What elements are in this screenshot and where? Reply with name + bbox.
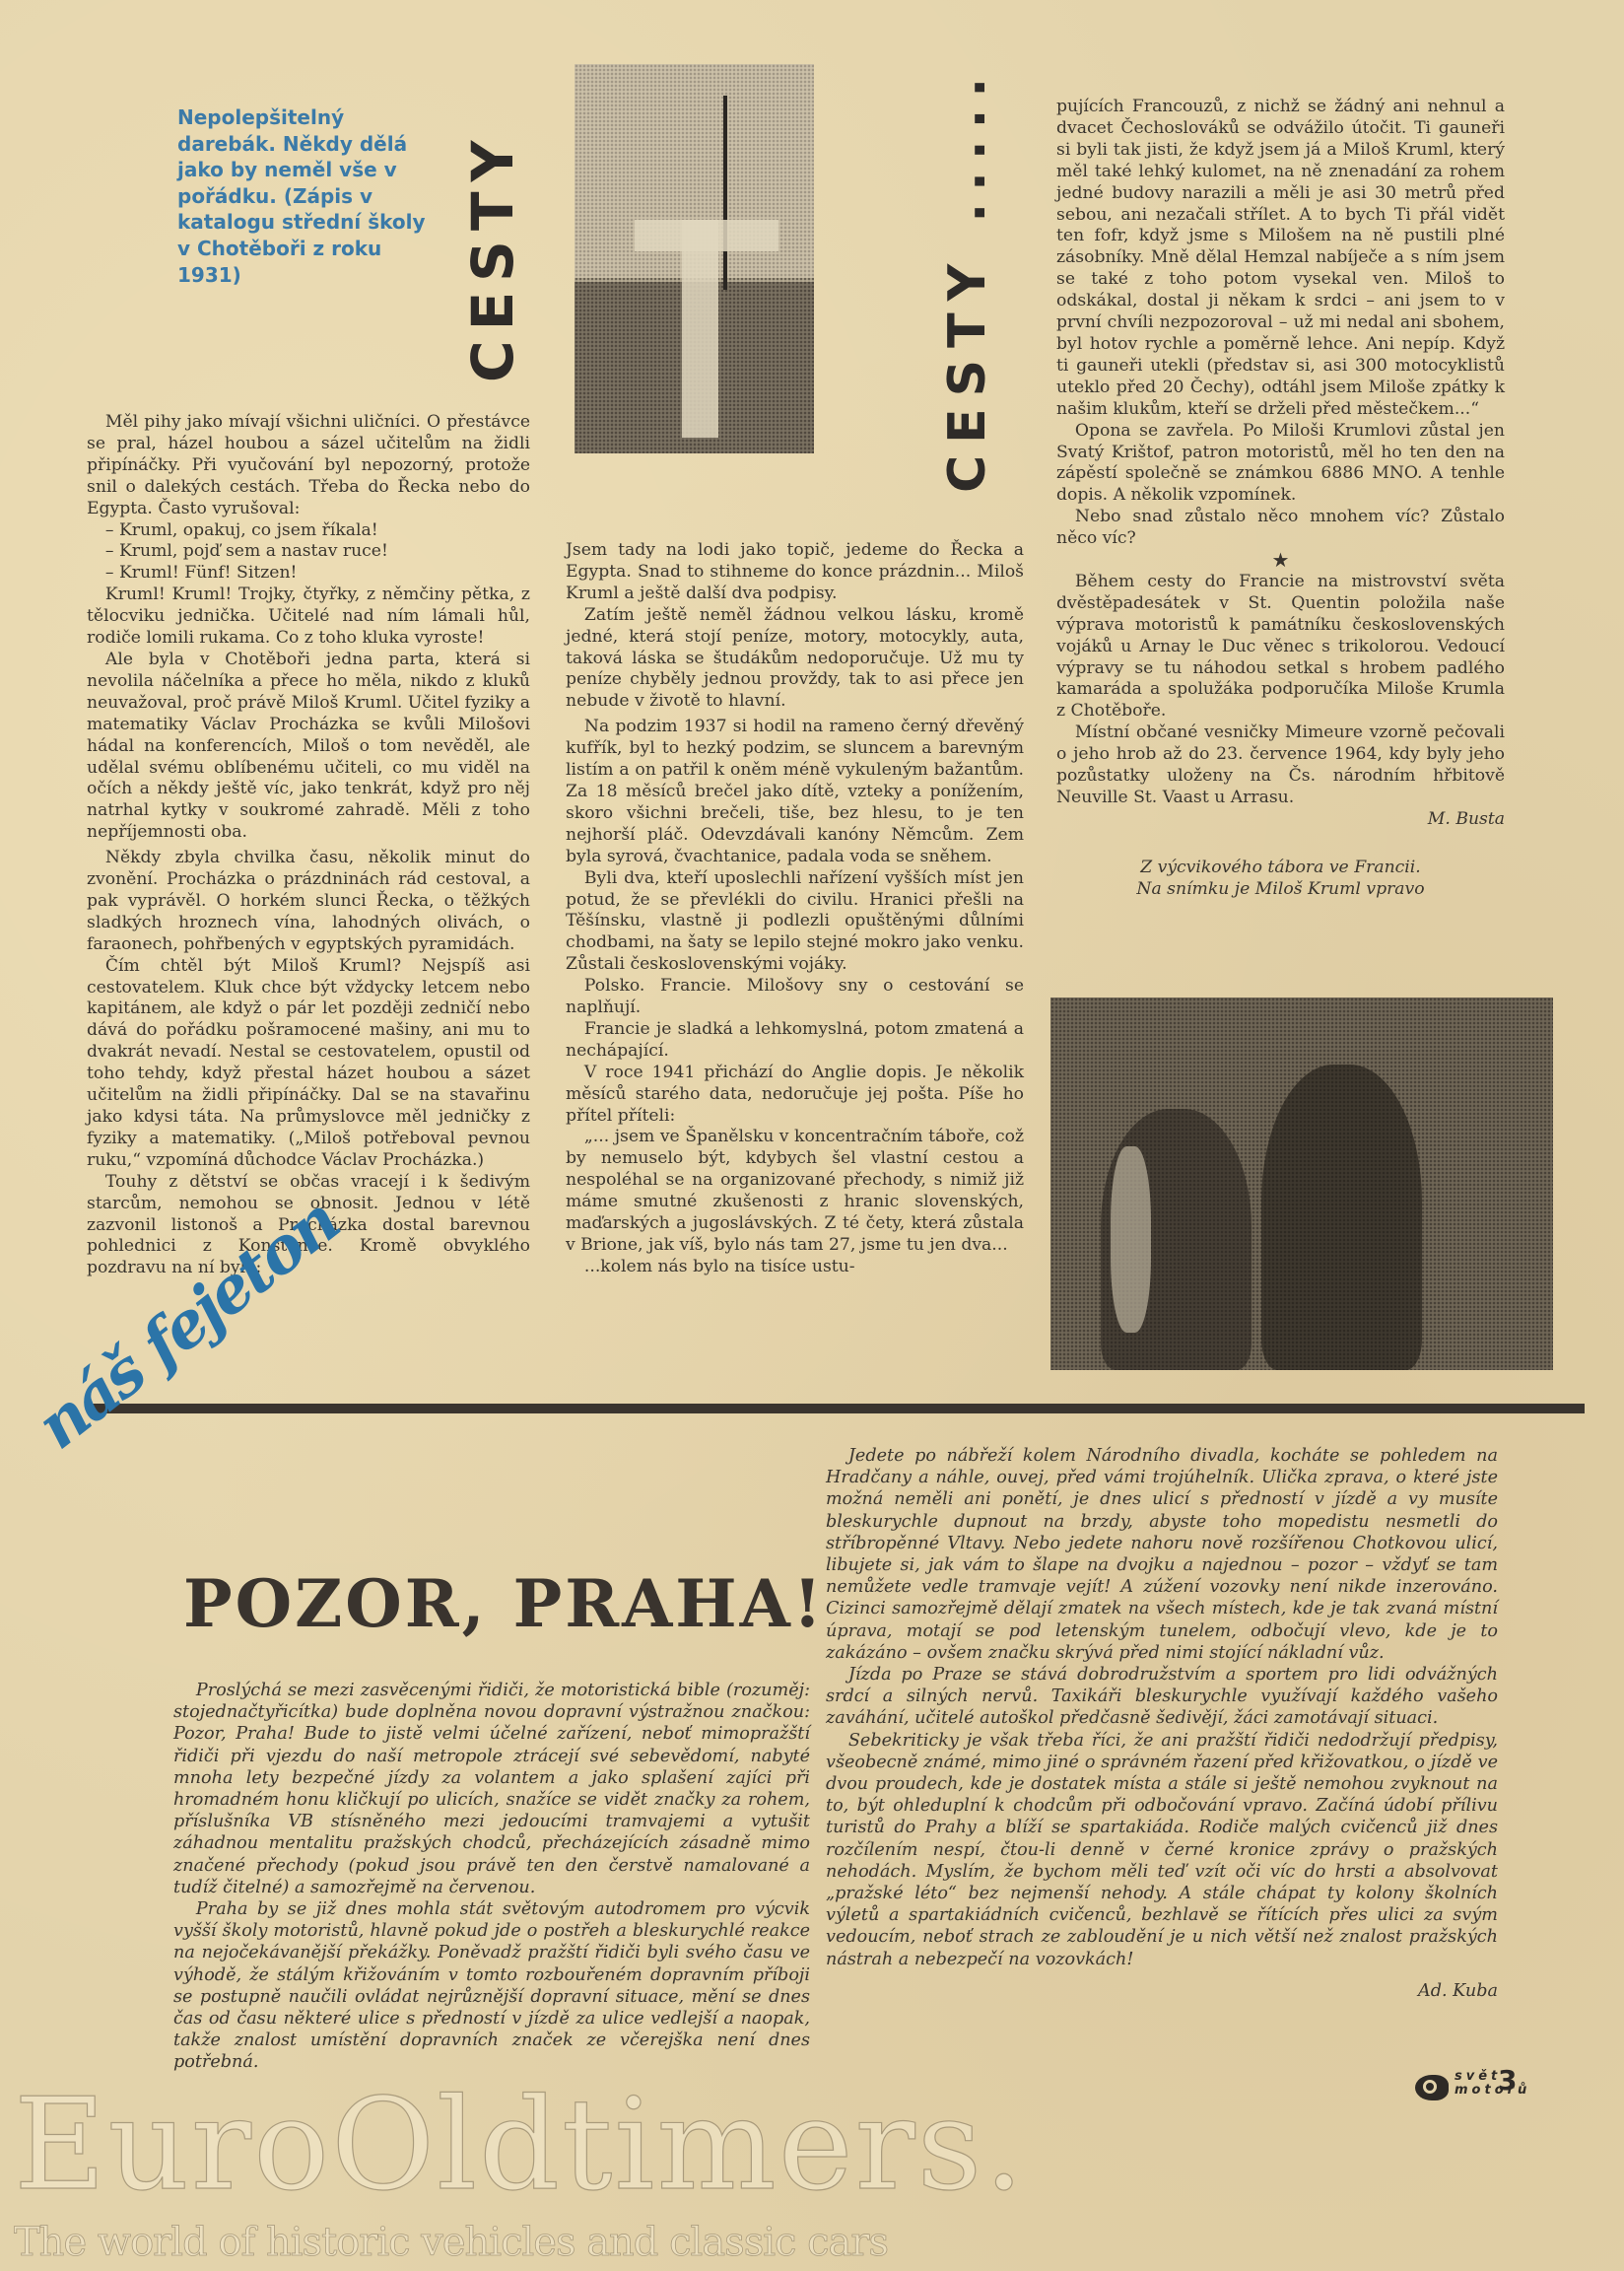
page-number: 3 xyxy=(1498,2064,1517,2097)
photo-caption-line-2: Na snímku je Miloš Kruml vpravo xyxy=(1056,878,1505,900)
article2-column-1: Proslýchá se mezi zasvěcenými řidiči, že… xyxy=(173,1680,810,2074)
watermark-subtitle: The world of historic vehicles and class… xyxy=(14,2220,888,2265)
paragraph: Nebo snad zůstalo něco mnohem víc? Zůsta… xyxy=(1056,507,1505,550)
paragraph: Měl pihy jako mívají všichni uličníci. O… xyxy=(87,412,530,520)
paragraph: Čím chtěl být Miloš Kruml? Nejspíš asi c… xyxy=(87,956,530,1172)
star-separator-icon: ★ xyxy=(1056,550,1505,572)
paragraph: Jízda po Praze se stává dobrodružstvím a… xyxy=(826,1664,1498,1730)
watermark-title: EuroOldtimers. xyxy=(14,2072,1026,2219)
paragraph: Polsko. Francie. Milošovy sny o cestován… xyxy=(566,976,1024,1019)
article1-column-2: Jsem tady na lodi jako topič, jedeme do … xyxy=(566,540,1024,1278)
paragraph: Jsem tady na lodi jako topič, jedeme do … xyxy=(566,540,1024,605)
magazine-name-line-1: svět xyxy=(1455,2070,1530,2084)
paragraph: ...kolem nás bylo na tisíce ustu- xyxy=(566,1257,1024,1278)
paragraph: Zatím ještě neměl žádnou velkou lásku, k… xyxy=(566,605,1024,714)
article-title-cesty-dots: CESTY ..... xyxy=(938,66,997,493)
paragraph: V roce 1941 přichází do Anglie dopis. Je… xyxy=(566,1063,1024,1128)
paragraph: Během cesty do Francie na mistrovství sv… xyxy=(1056,572,1505,723)
paragraph: Praha by se již dnes mohla stát světovým… xyxy=(173,1898,810,2074)
dialogue-line: – Kruml! Fünf! Sitzen! xyxy=(87,563,530,585)
paragraph: Proslýchá se mezi zasvěcenými řidiči, že… xyxy=(173,1680,810,1898)
section-divider xyxy=(87,1404,1585,1413)
article2-title: POZOR, PRAHA! xyxy=(183,1565,825,1642)
article2-author: Ad. Kuba xyxy=(826,1980,1498,2002)
article-lead-quote: Nepolepšitelný darebák. Někdy dělá jako … xyxy=(177,104,434,288)
photo-memorial-cross xyxy=(575,64,814,453)
dialogue-line: – Kruml, opakuj, co jsem říkala! xyxy=(87,520,530,542)
paragraph: Byli dva, kteří uposlechli nařízení vyšš… xyxy=(566,868,1024,977)
paragraph: Opona se zavřela. Po Miloši Krumlovi zůs… xyxy=(1056,421,1505,508)
paragraph: Sebekriticky je však třeba říci, že ani … xyxy=(826,1730,1498,1970)
paragraph: Jedete po nábřeží kolem Národního divadl… xyxy=(826,1445,1498,1664)
dialogue-line: – Kruml, pojď sem a nastav ruce! xyxy=(87,541,530,563)
svet-motoru-logo-icon xyxy=(1415,2075,1449,2100)
article1-author: M. Busta xyxy=(1056,809,1505,831)
paragraph: Na podzim 1937 si hodil na rameno černý … xyxy=(566,717,1024,867)
article2-column-2: Jedete po nábřeží kolem Národního divadl… xyxy=(826,1445,1498,2002)
paragraph: Francie je sladká a lehkomyslná, potom z… xyxy=(566,1019,1024,1063)
paragraph: Kruml! Kruml! Trojky, čtyřky, z němčiny … xyxy=(87,585,530,650)
article-title-cesty: CESTY xyxy=(459,130,526,382)
magazine-name-line-2: motorů xyxy=(1455,2084,1530,2098)
paragraph: Místní občané vesničky Mimeure vzorně pe… xyxy=(1056,723,1505,809)
magazine-name: svět motorů xyxy=(1455,2070,1530,2098)
paragraph: Někdy zbyla chvilka času, několik minut … xyxy=(87,848,530,956)
photo-soldiers-training-camp xyxy=(1050,998,1553,1370)
paragraph: „... jsem ve Španělsku v koncentračním t… xyxy=(566,1127,1024,1256)
paragraph: Ale byla v Chotěboři jedna parta, která … xyxy=(87,650,530,844)
photo-caption-line-1: Z výcvikového tábora ve Francii. xyxy=(1056,857,1505,878)
paragraph: pujících Francouzů, z nichž se žádný ani… xyxy=(1056,97,1505,421)
article1-column-1: Měl pihy jako mívají všichni uličníci. O… xyxy=(87,412,530,1279)
article1-column-3: pujících Francouzů, z nichž se žádný ani… xyxy=(1056,97,1505,900)
